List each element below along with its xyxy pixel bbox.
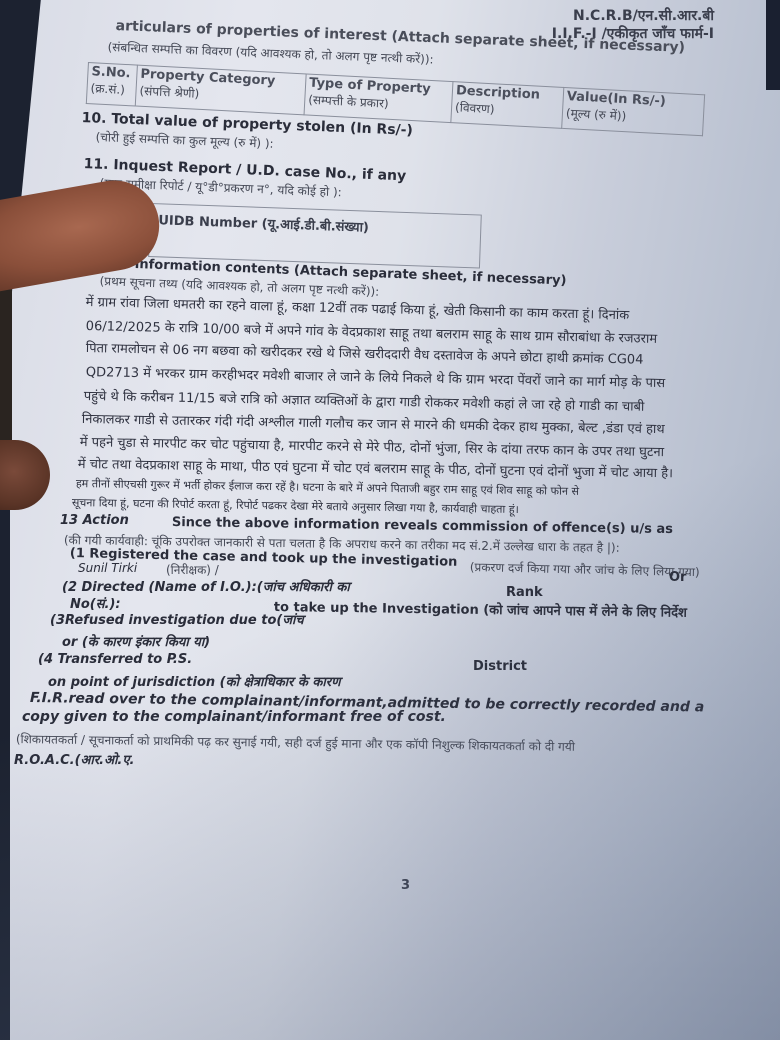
action-label: 13 Action [60, 513, 129, 528]
background-edge [766, 0, 780, 90]
action-option-4-tail: on point of jurisdiction (को क्षेत्राधिक… [48, 672, 341, 690]
officer-rank: (निरीक्षक) / [166, 561, 219, 578]
hand-shadow [0, 280, 12, 440]
uidb-label: UIDB Number (यू.आई.डी.बी.संख्या) [158, 210, 369, 235]
rank-label: Rank [506, 585, 543, 600]
fir-read-line-2: copy given to the complainant/informant … [22, 709, 446, 725]
roac-label: R.O.A.C.(आर.ओ.ए. [14, 750, 134, 768]
col-type: Type of Property(सम्पत्ती के प्रकार) [304, 74, 453, 123]
action-option-3-or: or (के कारण इंकार किया या) [62, 632, 210, 650]
col-category: Property Category(संपत्ति श्रेणी) [135, 65, 306, 115]
col-value: Value(In Rs/-)(मूल्य (रु में)) [562, 87, 705, 135]
action-option-4: (4 Transferred to P.S. [38, 652, 192, 667]
col-description: Description(विवरण) [451, 82, 564, 129]
or-label: Or [669, 570, 686, 585]
col-sno: S.No.(क्र.सं.) [86, 63, 137, 107]
officer-name: Sunil Tirki [78, 561, 137, 575]
ncrb-header: N.C.R.B/एन.सी.आर.बी [573, 6, 714, 25]
action-option-2: (2 Directed (Name of I.O.):(जांच अधिकारी… [62, 577, 350, 595]
page-number: 3 [401, 878, 410, 893]
action-option-3: (3Refused investigation due to(जांच [50, 610, 304, 628]
district-label: District [473, 659, 527, 674]
